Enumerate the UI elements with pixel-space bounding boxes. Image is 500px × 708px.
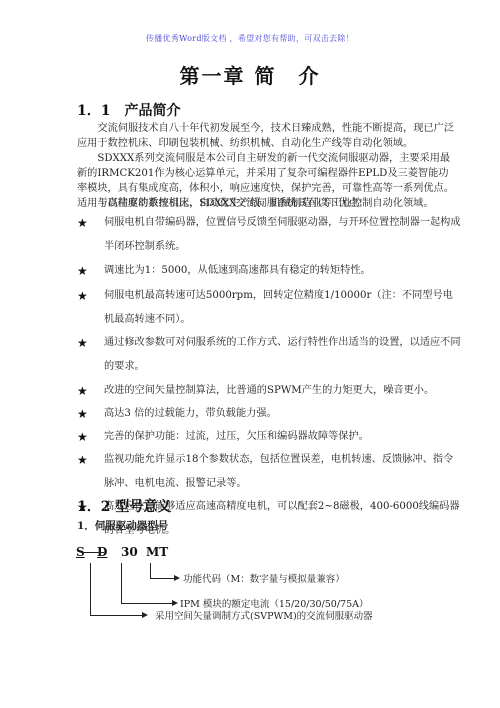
list-item-text: 高达3 倍的过载能力，带负载能力强。 <box>104 402 462 426</box>
list-item: ★ 监视功能允许显示18个参数状态，包括位置误差，电机转速、反馈脉冲、指令脉冲、… <box>77 448 462 496</box>
star-bullet-icon: ★ <box>77 425 104 449</box>
list-item-text: 改进的空间矢量控制算法，比普通的SPWM产生的力矩更大，噪音更小。 <box>104 379 462 403</box>
intro-paragraph: 交流伺服技术自八十年代初发展至今，技术日臻成熟，性能不断提高，现已广泛应用于数控… <box>77 121 455 151</box>
list-item: ★ 高达3 倍的过载能力，带负载能力强。 <box>77 402 462 426</box>
list-item-text: 调速比为1：5000，从低速到高速都具有稳定的转矩特性。 <box>104 259 462 283</box>
header-banner: 传播优秀Word版文档 ，希望对您有帮助，可双击去除！ <box>0 33 500 44</box>
model-code-function: MT <box>146 545 168 559</box>
list-item-text: 伺服电机最高转速可达5000rpm，回转定位精度1/10000r（注：不同型号电… <box>104 284 462 332</box>
svpwm-label: 采用空间矢量调制方式(SVPWM)的交流伺服驱动器 <box>155 608 373 622</box>
star-bullet-icon: ★ <box>77 284 104 332</box>
list-item: ★ 调速比为1：5000，从低速到高速都具有稳定的转矩特性。 <box>77 259 462 283</box>
connector-line <box>90 563 91 615</box>
list-item: ★ 伺服电机自带编码器，位置信号反馈至伺服驱动器，与开环位置控制器一起构成半闭环… <box>77 211 462 259</box>
star-bullet-icon: ★ <box>77 331 104 379</box>
list-item-text: 通过修改参数可对伺服系统的工作方式、运行特性作出适当的设置，以适应不同的要求。 <box>104 331 462 379</box>
subsection-title: 1．伺服驱动器型号 <box>77 518 168 533</box>
list-item: ★ 改进的空间矢量控制算法，比普通的SPWM产生的力矩更大，噪音更小。 <box>77 379 462 403</box>
connector-line <box>90 615 142 616</box>
connector-line <box>150 563 151 578</box>
arrow-right-icon <box>172 600 178 606</box>
section-title-1-2: 1．2 型号意义 <box>77 496 171 516</box>
list-item-text: 完善的保护功能：过流，过压，欠压和编码器故障等保护。 <box>104 425 462 449</box>
connector-line <box>121 603 173 604</box>
list-item-text: 监视功能允许显示18个参数状态，包括位置误差，电机转速、反馈脉冲、指令脉冲、电机… <box>104 448 462 496</box>
function-code-label: 功能代码（M：数字量与模拟量兼容） <box>183 571 345 585</box>
list-item-text: 伺服电机自带编码器，位置信号反馈至伺服驱动器，与开环位置控制器一起构成半闭环控制… <box>104 211 462 259</box>
list-item: ★ 通过修改参数可对伺服系统的工作方式、运行特性作出适当的设置，以适应不同的要求… <box>77 331 462 379</box>
model-code-current: 30 <box>121 545 138 559</box>
star-bullet-icon: ★ <box>77 402 104 426</box>
star-bullet-icon: ★ <box>77 448 104 496</box>
arrow-right-icon <box>142 612 148 618</box>
list-item: ★ 完善的保护功能：过流，过压，欠压和编码器故障等保护。 <box>77 425 462 449</box>
star-bullet-icon: ★ <box>77 211 104 259</box>
chapter-title: 第一章 简 介 <box>0 60 500 89</box>
advantages-intro: 与以往驱动系统相比，SDXXX交流伺服系统具有以下优点： <box>77 196 455 211</box>
connector-line <box>121 563 122 603</box>
star-bullet-icon: ★ <box>77 379 104 403</box>
sd-underline <box>82 552 104 553</box>
arrow-right-icon <box>174 575 180 581</box>
list-item: ★ 伺服电机最高转速可达5000rpm，回转定位精度1/10000r（注：不同型… <box>77 284 462 332</box>
section-title-1-1: 1．1 产品简介 <box>77 100 180 120</box>
star-bullet-icon: ★ <box>77 259 104 283</box>
connector-line <box>150 578 174 579</box>
